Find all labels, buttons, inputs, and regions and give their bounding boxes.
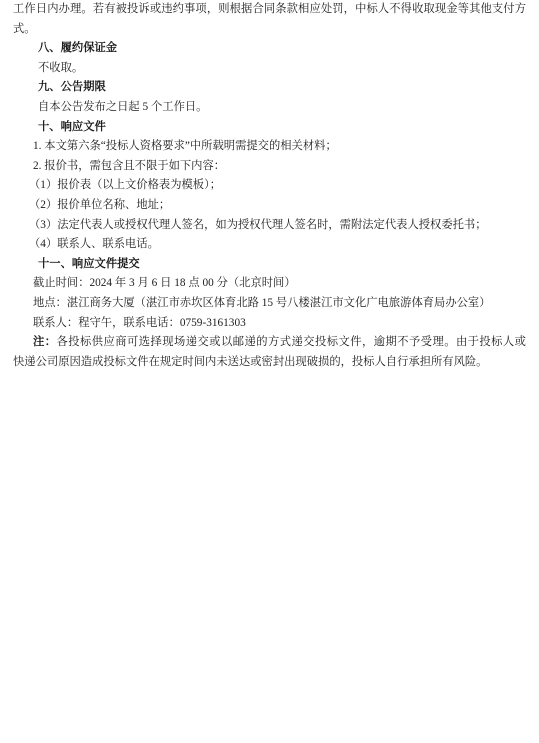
subitem-company-name-address: （2）报价单位名称、地址； <box>13 196 526 216</box>
para-location: 地点：湛江商务大厦（湛江市赤坎区体育北路 15 号八楼湛江市文化广电旅游体育局办… <box>13 294 526 314</box>
item-response-doc-1: 1. 本文第六条“投标人资格要求”中所载明需提交的相关材料； <box>13 137 526 157</box>
item-response-doc-2: 2. 报价书，需包含且不限于如下内容： <box>13 157 526 177</box>
subitem-quotation-form: （1）报价表（以上文价格表为模板）； <box>13 176 526 196</box>
subitem-legal-representative-signature: （3）法定代表人或授权代理人签名，如为授权代理人签名时，需附法定代表人授权委托书… <box>13 216 526 236</box>
heading-announcement-period: 九、公告期限 <box>13 78 526 98</box>
para-note-line2: 快递公司原因造成投标文件在规定时间内未送达或密封出现破损的，投标人自行承担所有风… <box>13 353 526 373</box>
note-text: 各投标供应商可选择现场递交或以邮递的方式递交投标文件，逾期不予受理。由于投标人或 <box>57 336 526 348</box>
para-contact-person: 联系人：程守午，联系电话：0759-3161303 <box>13 314 526 334</box>
note-label: 注： <box>33 336 57 348</box>
para-deadline: 截止时间：2024 年 3 月 6 日 18 点 00 分（北京时间） <box>13 274 526 294</box>
heading-response-submission: 十一、响应文件提交 <box>13 255 526 275</box>
document-page: 工作日内办理。若有被投诉或违约事项，则根据合同条款相应处罚，中标人不得收取现金等… <box>0 0 539 743</box>
para-note-line1: 注：各投标供应商可选择现场递交或以邮递的方式递交投标文件，逾期不予受理。由于投标… <box>13 333 526 353</box>
para-announcement-period: 自本公告发布之日起 5 个工作日。 <box>13 98 526 118</box>
para-bond-not-collected: 不收取。 <box>13 59 526 79</box>
para-payment-continuation-line1: 工作日内办理。若有被投诉或违约事项，则根据合同条款相应处罚，中标人不得收取现金等… <box>13 0 526 20</box>
heading-performance-bond: 八、履约保证金 <box>13 39 526 59</box>
subitem-contact-info: （4）联系人、联系电话。 <box>13 235 526 255</box>
heading-response-documents: 十、响应文件 <box>13 118 526 138</box>
para-payment-continuation-line2: 式。 <box>13 20 526 40</box>
